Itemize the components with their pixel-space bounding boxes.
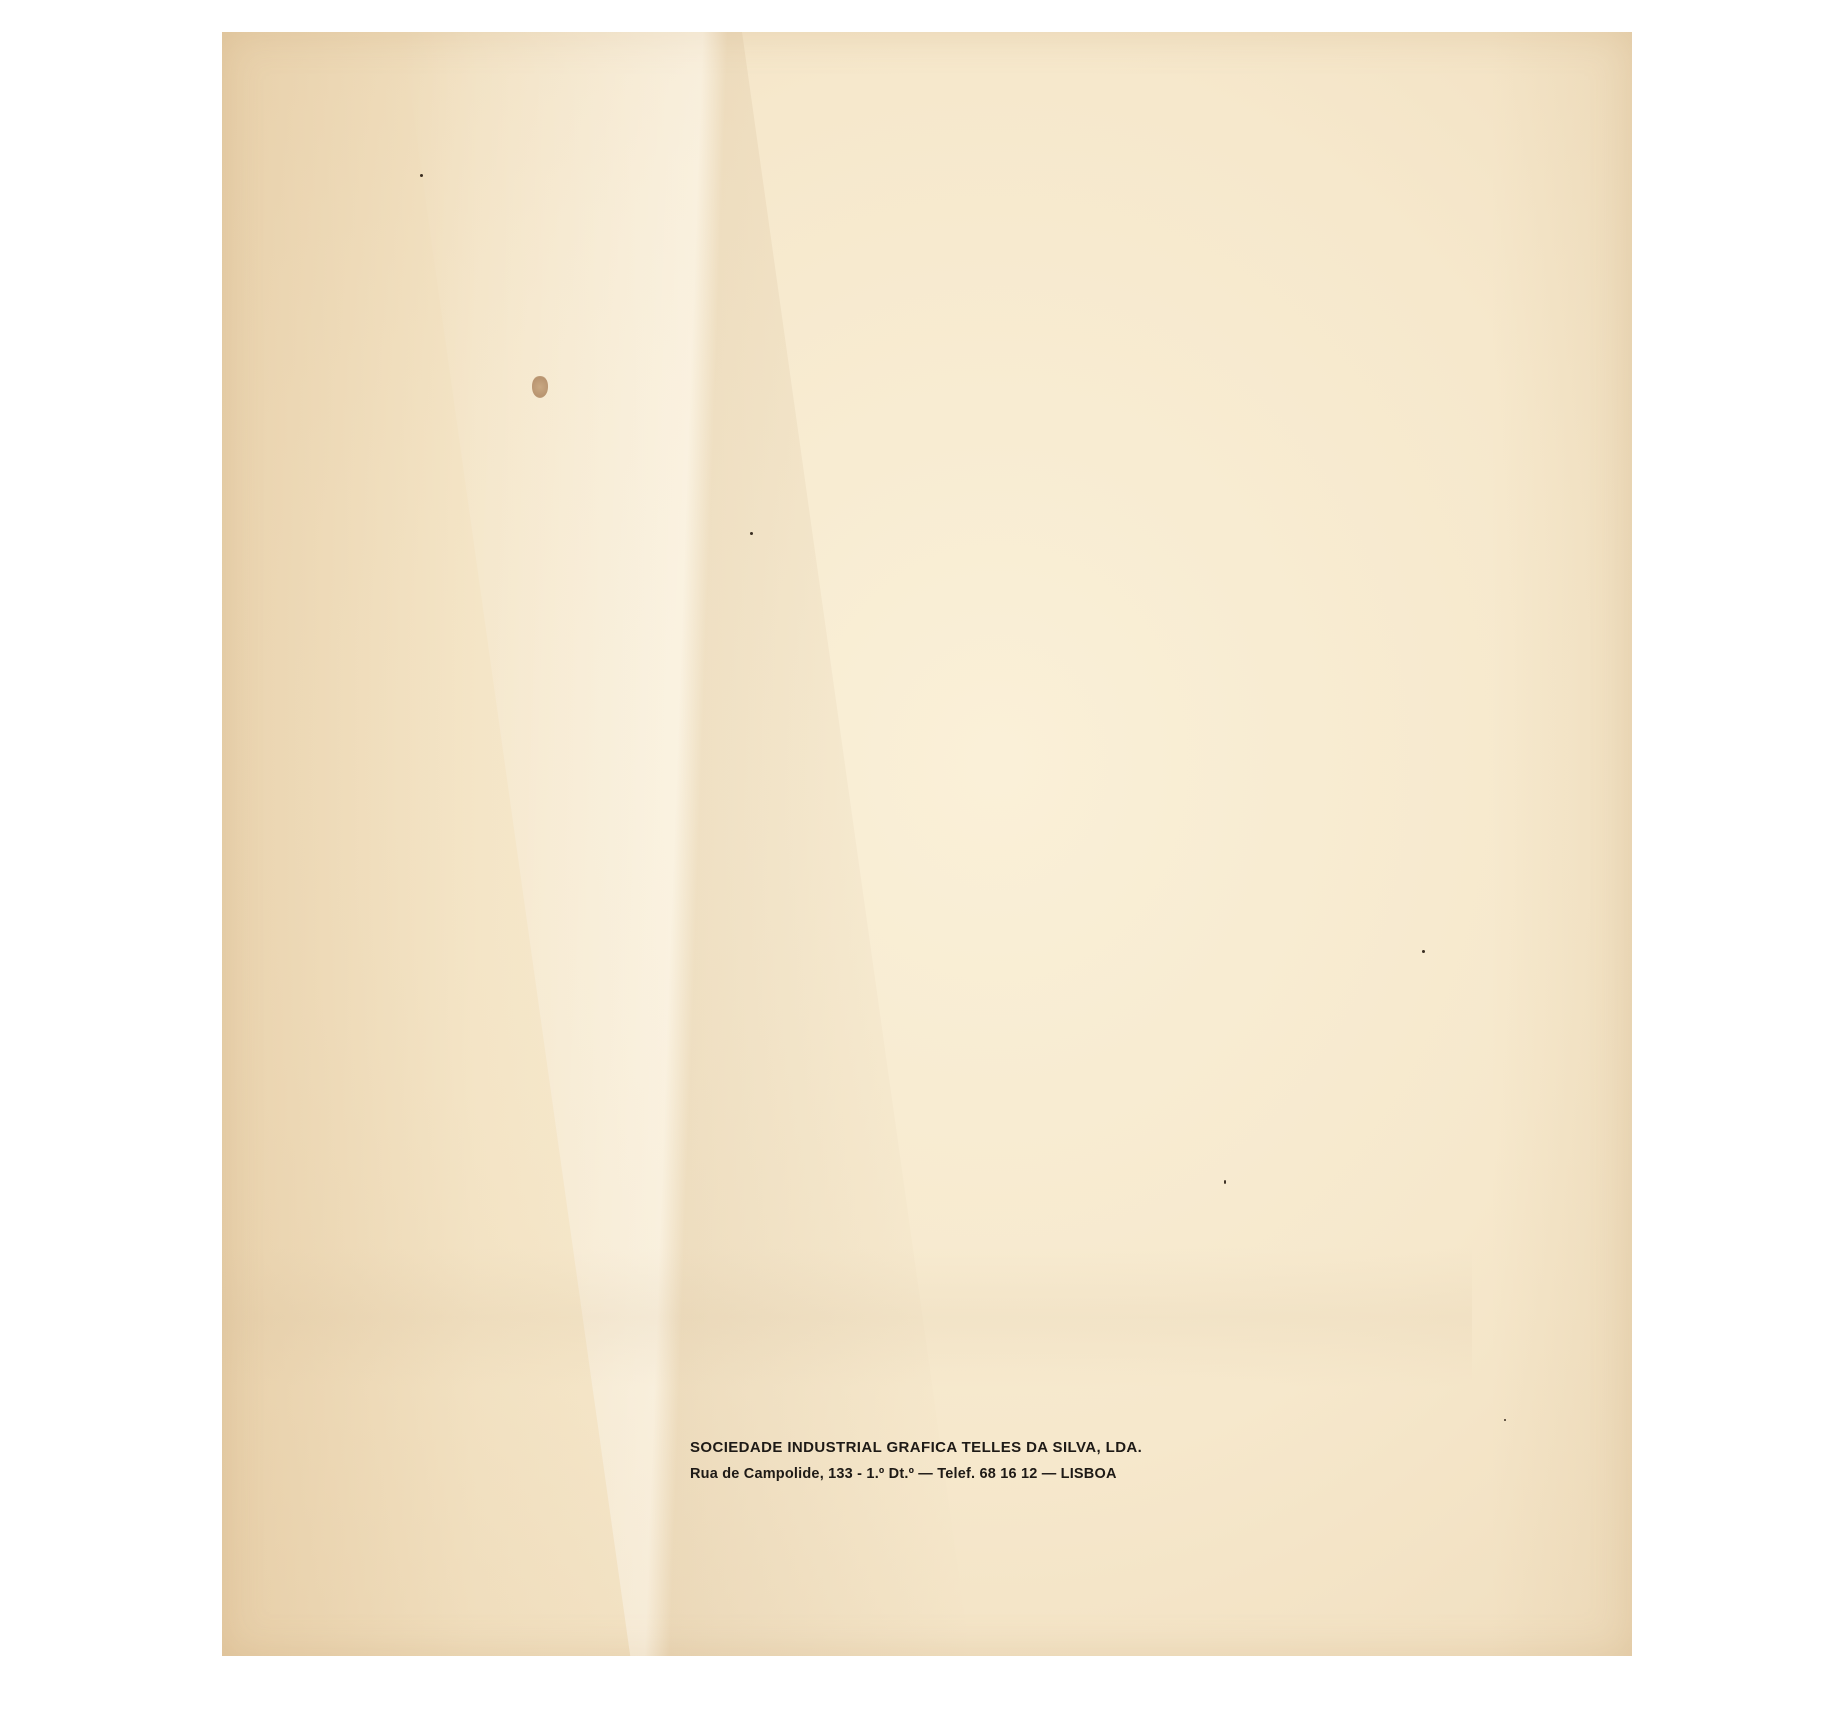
paper-crease: [402, 32, 970, 1656]
imprint-company-name: SOCIEDADE INDUSTRIAL GRAFICA TELLES DA S…: [690, 1435, 1142, 1461]
speck: [1422, 950, 1425, 953]
document-page: SOCIEDADE INDUSTRIAL GRAFICA TELLES DA S…: [222, 32, 1632, 1656]
speck: [750, 532, 753, 535]
imprint-address: Rua de Campolide, 133 - 1.º Dt.º — Telef…: [690, 1461, 1142, 1487]
speck: [1224, 1180, 1226, 1184]
printer-imprint: SOCIEDADE INDUSTRIAL GRAFICA TELLES DA S…: [690, 1435, 1142, 1487]
speck: [1504, 1419, 1506, 1421]
paper-discoloration-band: [222, 1247, 1472, 1387]
speck: [420, 174, 423, 177]
stain-spot: [532, 376, 548, 398]
